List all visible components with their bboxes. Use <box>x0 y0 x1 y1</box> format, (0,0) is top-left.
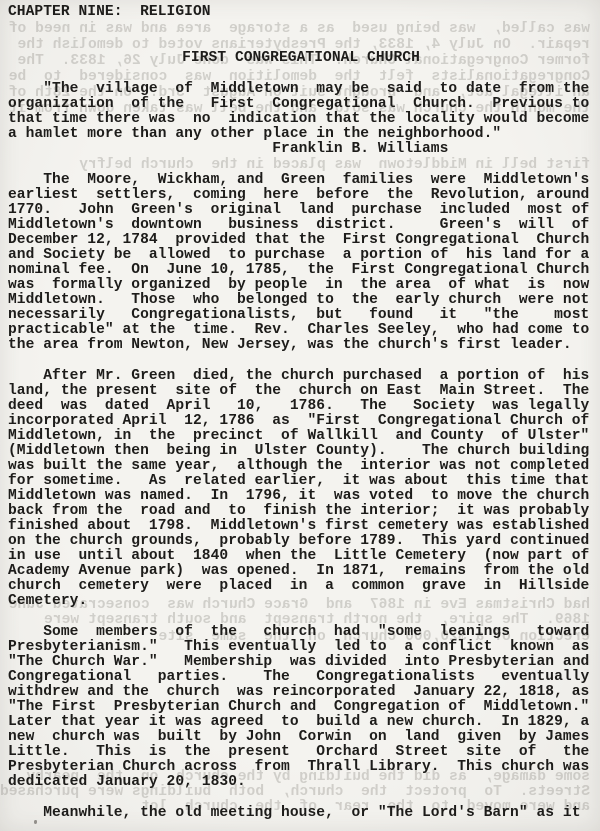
paragraph: The Moore, Wickham, and Green families w… <box>8 173 594 353</box>
text-line: Congregational parties. The Congregation… <box>8 670 594 685</box>
text-line: Middletown. Those who belonged to the ea… <box>8 293 594 308</box>
quote-paragraph: "The village of Middletown may be said t… <box>8 82 594 157</box>
text-line: Some members of the church had "some lea… <box>8 625 594 640</box>
text-line: (Middletown then being in Ulster County)… <box>8 444 594 459</box>
text-line: practicable" at the time. Rev. Charles S… <box>8 323 594 338</box>
text-line: Little. This is the present Orchard Stre… <box>8 745 594 760</box>
text-line: the area from Newton, New Jersey, was th… <box>8 338 594 353</box>
text-line: The Moore, Wickham, and Green families w… <box>8 173 594 188</box>
text-line: back from the road and to finish the int… <box>8 504 594 519</box>
paragraph: After Mr. Green died, the church purchas… <box>8 369 594 609</box>
chapter-heading: CHAPTER NINE: RELIGION <box>8 5 594 20</box>
text-line: and Society be allowed to purchase a por… <box>8 248 594 263</box>
scanned-book-page: was called, was being used as a storage … <box>0 0 600 831</box>
scan-speck <box>34 820 37 824</box>
text-line: incorporated April 12, 1786 as "First Co… <box>8 414 594 429</box>
text-line: organization of the First Congregational… <box>8 97 594 112</box>
text-line: that time there was no indication that t… <box>8 112 594 127</box>
paragraph: Meanwhile, the old meeting house, or "Th… <box>8 806 594 821</box>
text-line: Franklin B. Williams <box>8 142 594 157</box>
text-line: After Mr. Green died, the church purchas… <box>8 369 594 384</box>
page-content: CHAPTER NINE: RELIGION FIRST CONGREGATIO… <box>8 5 594 821</box>
text-line: finished about 1798. Middletown's first … <box>8 519 594 534</box>
text-line: "The village of Middletown may be said t… <box>8 82 594 97</box>
text-line: land, the present site of the church on … <box>8 384 594 399</box>
text-line: Middletown, in the precinct of Wallkill … <box>8 429 594 444</box>
text-line: necessarily Congregationalists, but foun… <box>8 308 594 323</box>
text-line: in use until about 1840 when the Little … <box>8 549 594 564</box>
text-line: church cemetery were placed in a common … <box>8 579 594 594</box>
section-title: FIRST CONGREGATIONAL CHURCH <box>8 51 594 66</box>
text-line: Later that year it was agreed to build a… <box>8 715 594 730</box>
text-line: "The Church War." Membership was divided… <box>8 655 594 670</box>
text-line: Middletown was named. In 1796, it was vo… <box>8 489 594 504</box>
text-line: on the church grounds, probably before 1… <box>8 534 594 549</box>
paragraph: Some members of the church had "some lea… <box>8 625 594 790</box>
text-body: "The village of Middletown may be said t… <box>8 82 594 821</box>
text-line: withdrew and the church was reincorporat… <box>8 685 594 700</box>
text-line: dedicated January 20, 1830. <box>8 775 594 790</box>
text-line: Presbyterianism." This eventually led to… <box>8 640 594 655</box>
text-line: for sometime. As related earlier, it was… <box>8 474 594 489</box>
text-line: "The First Presbyterian Church and Congr… <box>8 700 594 715</box>
text-line: Academy Avenue park) was opened. In 1871… <box>8 564 594 579</box>
text-line: Cemetery. <box>8 594 594 609</box>
text-line: earliest settlers, coming here before th… <box>8 188 594 203</box>
text-line: 1770. John Green's original land purchas… <box>8 203 594 218</box>
text-line: was built the same year, although the in… <box>8 459 594 474</box>
text-line: nominal fee. On June 10, 1785, the First… <box>8 263 594 278</box>
text-line: a hamlet more than any other place in th… <box>8 127 594 142</box>
text-line: was formally organized by people in the … <box>8 278 594 293</box>
text-line: deed was dated April 10, 1786. The Socie… <box>8 399 594 414</box>
text-line: December 12, 1784 provided that the Firs… <box>8 233 594 248</box>
text-line: Presbyterian Church across from Thrall L… <box>8 760 594 775</box>
text-line: Meanwhile, the old meeting house, or "Th… <box>8 806 594 821</box>
text-line: Middletown's downtown business district.… <box>8 218 594 233</box>
text-line: new church was built by John Corwin on l… <box>8 730 594 745</box>
